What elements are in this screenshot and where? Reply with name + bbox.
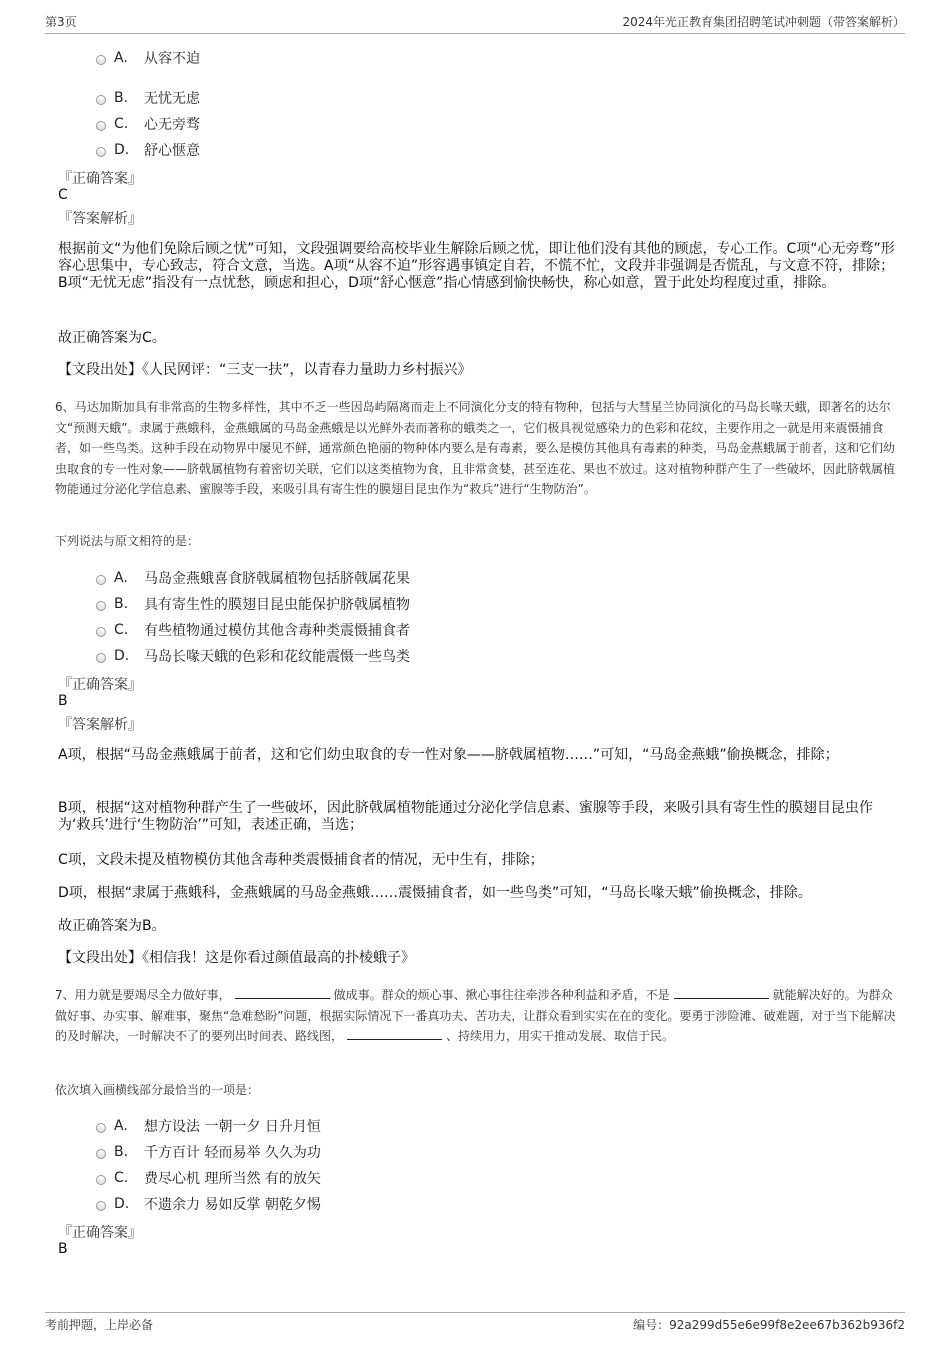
page-header: 第3页 2024年光正教育集团招聘笔试冲刺题（带答案解析） (45, 12, 905, 34)
q6-option-a[interactable]: A. 马岛金燕蛾喜食脐戟属植物包括脐戟属花果 (96, 568, 410, 588)
radio-icon[interactable] (96, 1149, 106, 1159)
fill-blank-3 (347, 1028, 442, 1040)
q5-option-a[interactable]: A. 从容不迫 (96, 48, 200, 68)
footer-slogan: 考前押题，上岸必备 (45, 1316, 153, 1333)
q7-answer-label: 『正确答案』 (58, 1222, 142, 1242)
q5-answer-label: 『正确答案』 (58, 168, 142, 188)
q5-conclusion: 故正确答案为C。 (58, 330, 898, 347)
radio-icon[interactable] (96, 121, 106, 131)
q5-option-d[interactable]: D. 舒心惬意 (96, 140, 200, 160)
q6-prompt: 下列说法与原文相符的是： (55, 531, 900, 552)
q6-question-text: 6、马达加斯加具有非常高的生物多样性，其中不乏一些因岛屿隔离而走上不同演化分支的… (55, 397, 900, 500)
q6-analysis-c: C项，文段未提及植物模仿其他含毒种类震慑捕食者的情况，无中生有，排除； (58, 852, 898, 869)
page-footer: 考前押题，上岸必备 编号：92a299d55e6e99f8e2ee67b362b… (45, 1312, 905, 1333)
radio-icon[interactable] (96, 1201, 106, 1211)
q5-source: 【文段出处】《人民网评：“三支一扶”，以青春力量助力乡村振兴》 (58, 362, 898, 379)
q6-answer: B (58, 693, 68, 709)
q7-question-text: 7、用力就是要竭尽全力做好事，做成事。群众的烦心事、揪心事往往牵涉各种利益和矛盾… (55, 985, 900, 1047)
fill-blank-1 (235, 987, 330, 999)
radio-icon[interactable] (96, 55, 106, 65)
q7-answer: B (58, 1241, 68, 1257)
q5-answer: C (58, 187, 68, 203)
q6-analysis-a: A项，根据“马岛金燕蛾属于前者，这和它们幼虫取食的专一性对象——脐戟属植物……”… (58, 747, 898, 764)
q6-analysis-b: B项，根据“这对植物种群产生了一些破坏，因此脐戟属植物能通过分泌化学信息素、蜜腺… (58, 800, 898, 834)
q7-prompt: 依次填入画横线部分最恰当的一项是： (55, 1080, 900, 1101)
radio-icon[interactable] (96, 627, 106, 637)
q5-analysis: 根据前文“为他们免除后顾之忧”可知，文段强调要给高校毕业生解除后顾之忧，即让他们… (58, 241, 898, 292)
q6-analysis-d: D项，根据“隶属于燕蛾科，金燕蛾属的马岛金燕蛾……震慑捕食者，如一些鸟类”可知，… (58, 885, 898, 902)
fill-blank-2 (674, 987, 769, 999)
q7-option-c[interactable]: C. 费尽心机 理所当然 有的放矢 (96, 1168, 321, 1188)
radio-icon[interactable] (96, 1123, 106, 1133)
q7-option-d[interactable]: D. 不遗余力 易如反掌 朝乾夕惕 (96, 1194, 321, 1214)
q5-option-b[interactable]: B. 无忧无虑 (96, 88, 200, 108)
radio-icon[interactable] (96, 601, 106, 611)
q7-option-a[interactable]: A. 想方设法 一朝一夕 日升月恒 (96, 1116, 321, 1136)
document-title: 2024年光正教育集团招聘笔试冲刺题（带答案解析） (622, 13, 905, 30)
q6-source: 【文段出处】《相信我！这是你看过颜值最高的扑棱蛾子》 (58, 950, 898, 967)
q5-option-c[interactable]: C. 心无旁骛 (96, 114, 200, 134)
q5-analysis-label: 『答案解析』 (58, 208, 142, 228)
q6-option-b[interactable]: B. 具有寄生性的膜翅目昆虫能保护脐戟属植物 (96, 594, 410, 614)
radio-icon[interactable] (96, 95, 106, 105)
q6-option-c[interactable]: C. 有些植物通过模仿其他含毒种类震慑捕食者 (96, 620, 410, 640)
radio-icon[interactable] (96, 147, 106, 157)
radio-icon[interactable] (96, 575, 106, 585)
q7-option-b[interactable]: B. 千方百计 轻而易举 久久为功 (96, 1142, 321, 1162)
q6-conclusion: 故正确答案为B。 (58, 918, 898, 935)
radio-icon[interactable] (96, 653, 106, 663)
radio-icon[interactable] (96, 1175, 106, 1185)
q6-option-d[interactable]: D. 马岛长喙天蛾的色彩和花纹能震慑一些鸟类 (96, 646, 410, 666)
page-number: 第3页 (45, 13, 77, 30)
document-code: 编号：92a299d55e6e99f8e2ee67b362b936f2 (633, 1316, 905, 1333)
q6-analysis-label: 『答案解析』 (58, 714, 142, 734)
q6-answer-label: 『正确答案』 (58, 674, 142, 694)
